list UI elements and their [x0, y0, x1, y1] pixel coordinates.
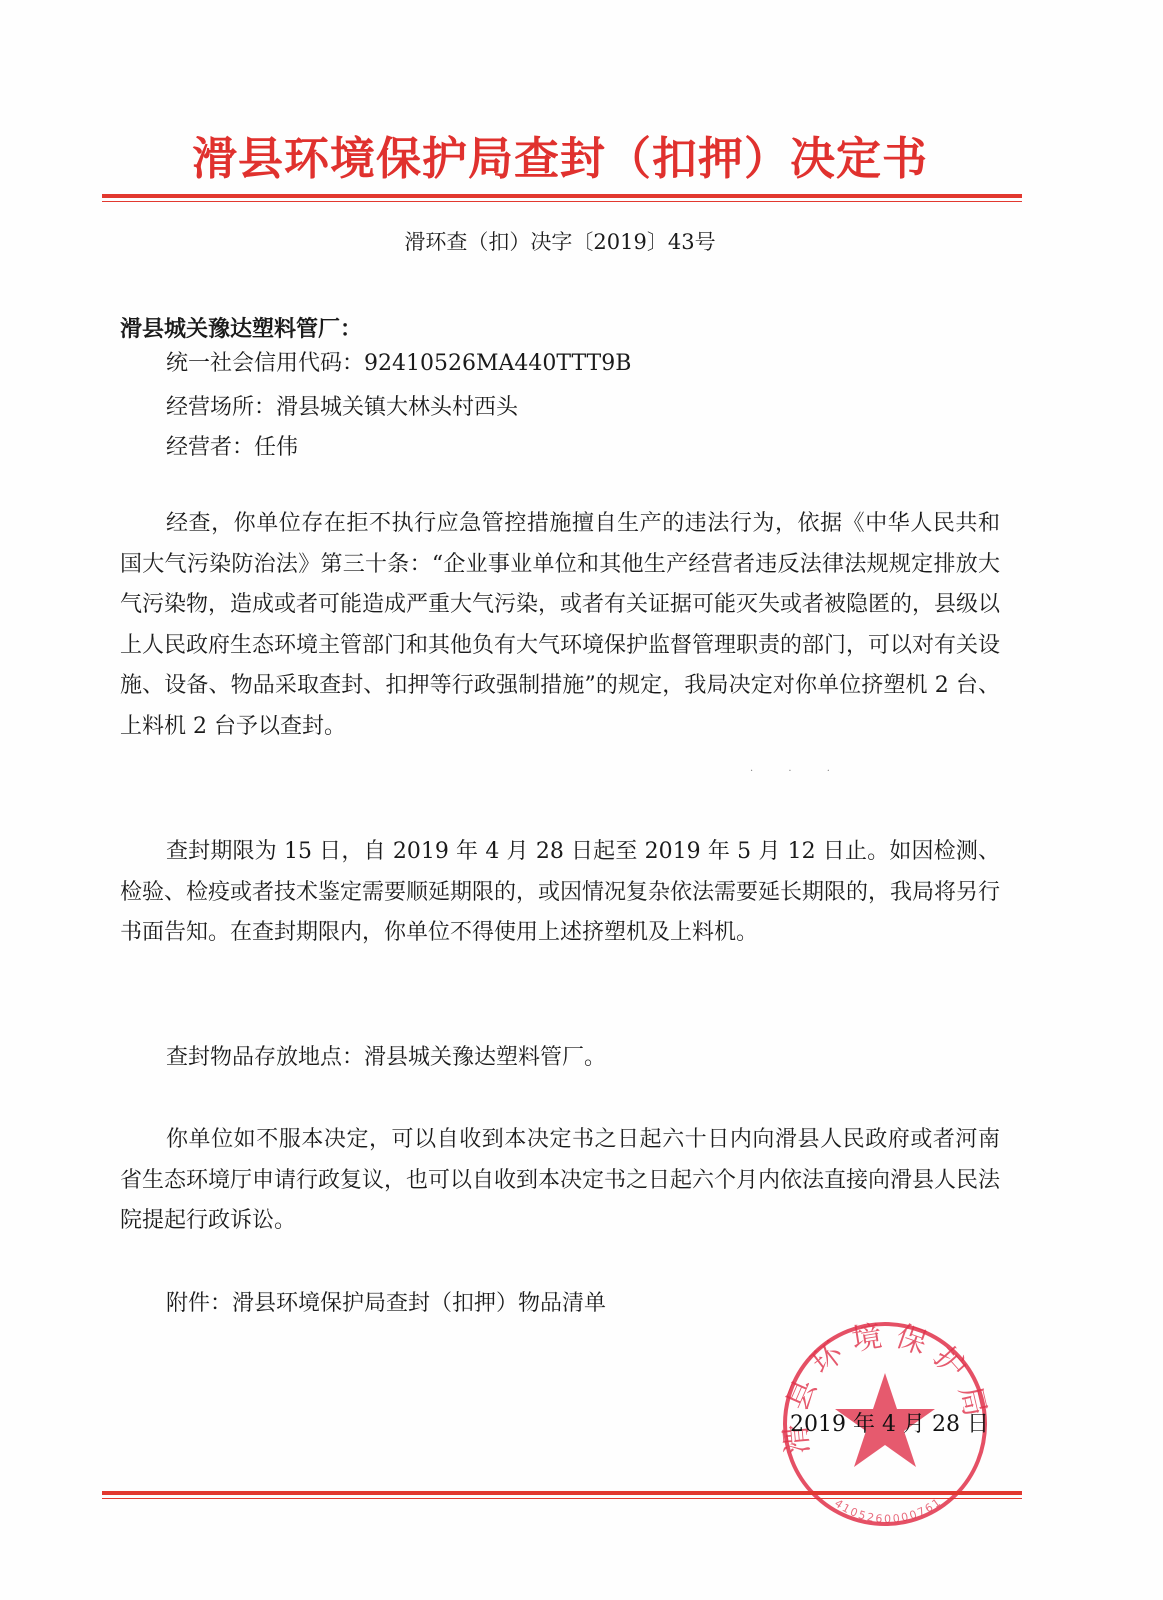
operator: 经营者：任伟 — [166, 430, 298, 461]
footer-red-rule — [102, 1491, 1022, 1499]
addressee: 滑县城关豫达塑料管厂： — [120, 312, 362, 343]
document-page: 滑县环境保护局查封（扣押）决定书 滑环查（扣）决字〔2019〕43号 滑县城关豫… — [0, 0, 1163, 1600]
paragraph-seal-period: 查封期限为 15 日，自 2019 年 4 月 28 日起至 2019 年 5 … — [120, 832, 1000, 954]
paragraph-violation: 经查，你单位存在拒不执行应急管控措施擅自生产的违法行为，依据《中华人民共和国大气… — [120, 504, 1000, 747]
business-place: 经营场所：滑县城关镇大林头村西头 — [166, 390, 518, 421]
scan-noise: · · · — [750, 766, 846, 777]
credit-code: 统一社会信用代码：92410526MA440TTT9B — [166, 346, 631, 377]
svg-text:4105260000761: 4105260000761 — [832, 1495, 944, 1526]
issue-date: 2019 年 4 月 28 日 — [790, 1407, 989, 1438]
header-red-rule — [102, 194, 1022, 202]
paragraph-storage-location: 查封物品存放地点：滑县城关豫达塑料管厂。 — [120, 1038, 1000, 1079]
document-number: 滑环查（扣）决字〔2019〕43号 — [100, 226, 1020, 256]
document-title: 滑县环境保护局查封（扣押）决定书 — [100, 122, 1020, 187]
paragraph-appeal-rights: 你单位如不服本决定，可以自收到本决定书之日起六十日内向滑县人民政府或者河南省生态… — [120, 1120, 1000, 1242]
